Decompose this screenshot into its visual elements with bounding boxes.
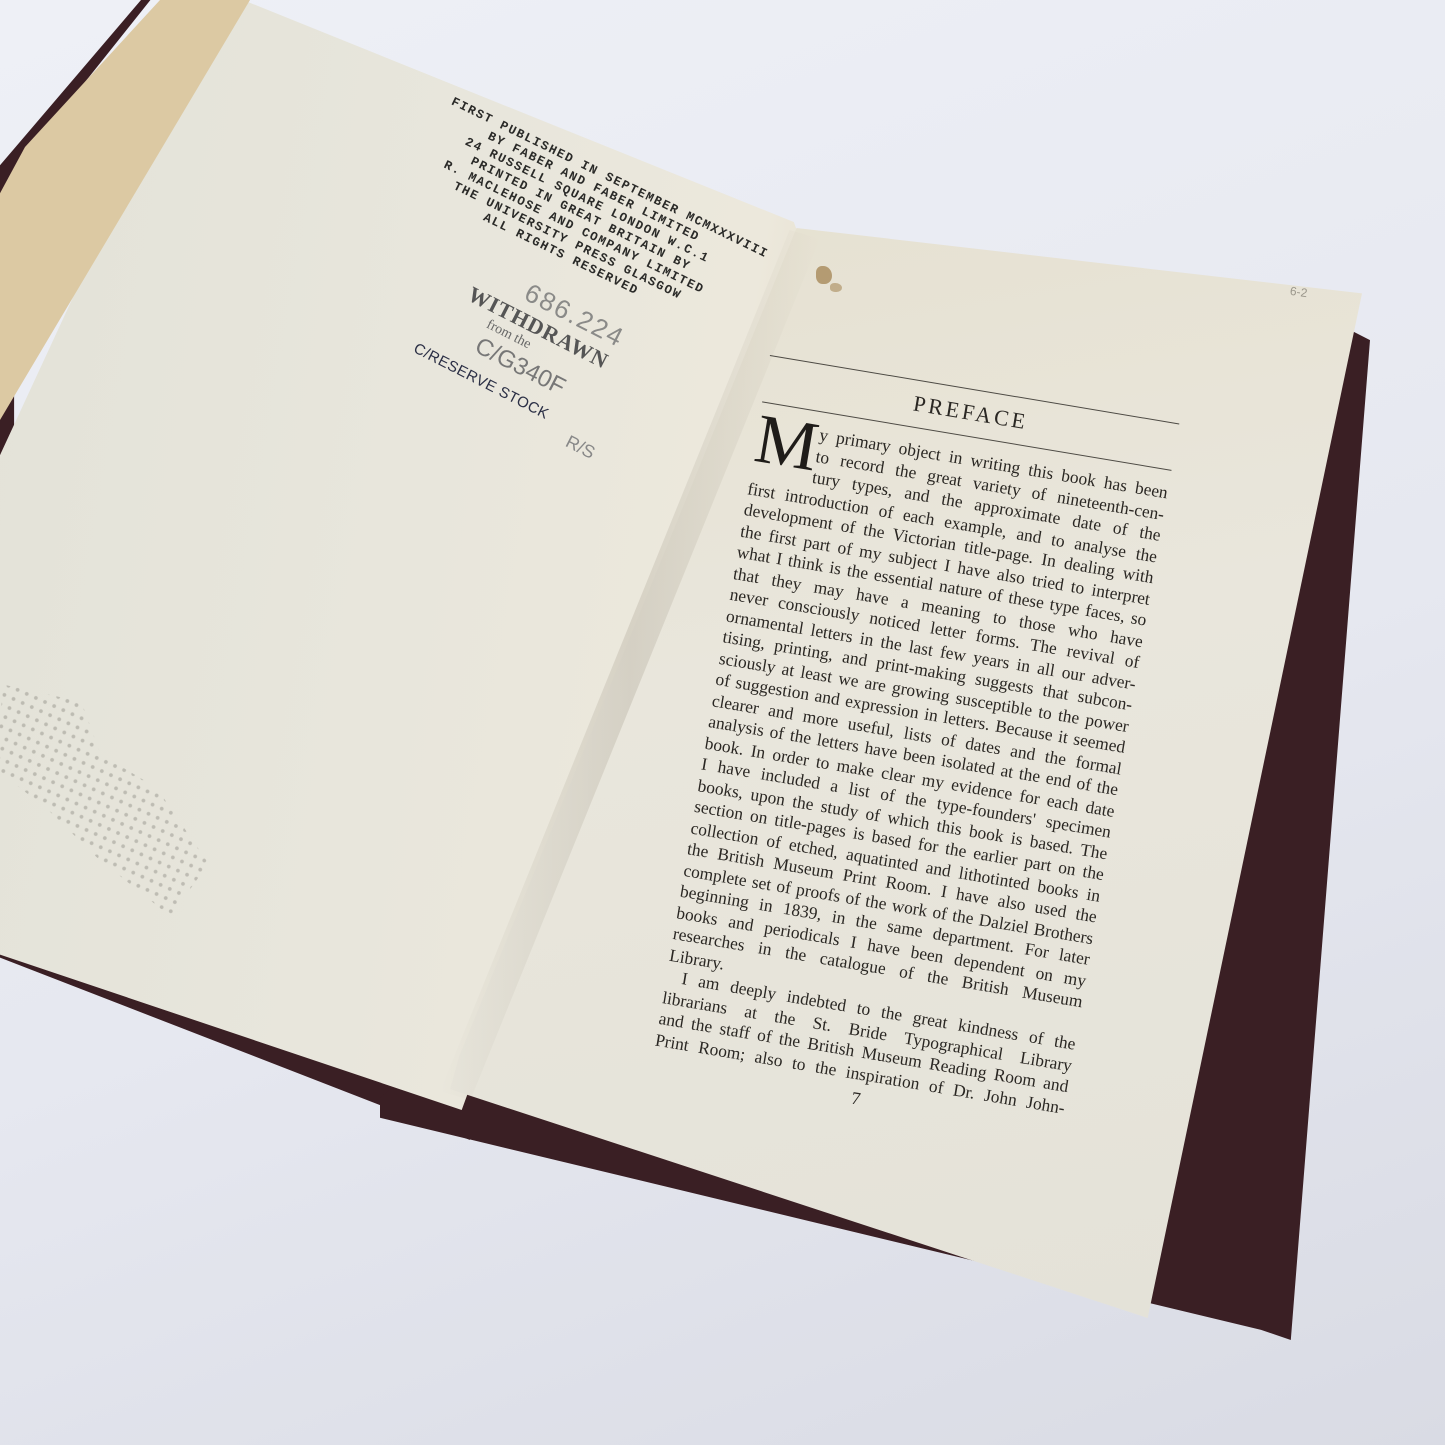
initials-mark: R/S bbox=[562, 431, 598, 463]
foxing-stain bbox=[816, 266, 832, 284]
book-photo: FIRST PUBLISHED IN SEPTEMBER MCMXXXVIII … bbox=[0, 0, 1445, 1445]
drop-cap: M bbox=[751, 409, 822, 478]
corner-pencil-mark: 6-2 bbox=[1289, 284, 1308, 300]
foxing-stain bbox=[830, 283, 842, 292]
